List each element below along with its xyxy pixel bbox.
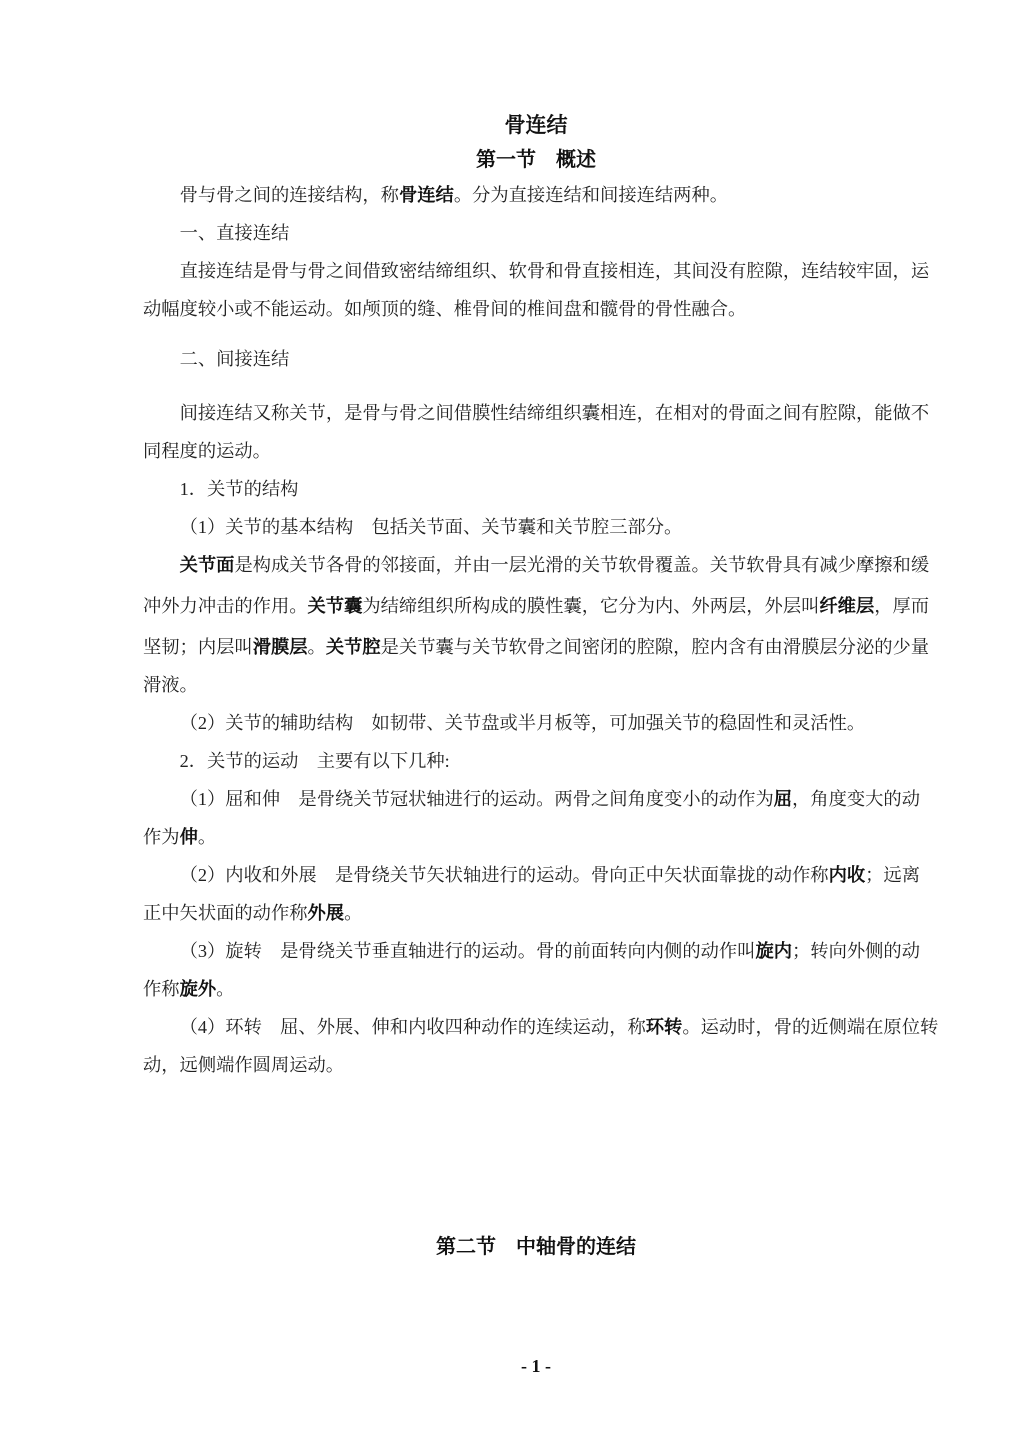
- text-segment: （3）旋转 是骨绕关节垂直轴进行的运动。骨的前面转向内侧的动作叫: [180, 941, 756, 961]
- text-segment: （2）关节的辅助结构 如韧带、关节盘或半月板等，可加强关节的稳固性和灵活性。: [180, 713, 866, 733]
- text-line: （1）屈和伸 是骨绕关节冠状轴进行的运动。两骨之间角度变小的动作为屈，角度变大的…: [143, 780, 929, 818]
- text-block: 骨连结 第一节 概述 骨与骨之间的连接结构，称骨连结。分为直接连结和间接连结两种…: [143, 0, 929, 1378]
- text-segment: 是关节囊与关节软骨之间密闭的腔隙，腔内含有由滑膜层分泌的少量: [381, 637, 929, 657]
- text-line: （2）关节的辅助结构 如韧带、关节盘或半月板等，可加强关节的稳固性和灵活性。: [143, 704, 929, 742]
- bold-term: 关节面: [180, 555, 235, 575]
- text-line: 作称旋外。: [143, 970, 929, 1008]
- text-segment: 。: [308, 637, 326, 657]
- bold-term: 纤维层: [819, 596, 874, 616]
- text-segment: 。: [216, 979, 234, 999]
- bold-term: 旋内: [755, 941, 792, 961]
- text-segment: 1．关节的结构: [180, 479, 299, 499]
- text-segment: 二、间接连结: [180, 349, 290, 369]
- text-segment: 冲外力冲击的作用。: [143, 596, 308, 616]
- text-line: （1）关节的基本结构 包括关节面、关节囊和关节腔三部分。: [143, 508, 929, 546]
- text-line: 一、直接连结: [143, 214, 929, 252]
- bold-term: 环转: [646, 1017, 683, 1037]
- text-line: 作为伸。: [143, 818, 929, 856]
- document-page: 骨连结 第一节 概述 骨与骨之间的连接结构，称骨连结。分为直接连结和间接连结两种…: [0, 0, 1024, 1450]
- text-segment: 。: [198, 827, 216, 847]
- text-segment: 坚韧；内层叫: [143, 637, 253, 657]
- text-segment: 动幅度较小或不能运动。如颅顶的缝、椎骨间的椎间盘和髋骨的骨性融合。: [143, 299, 746, 319]
- text-line: 骨与骨之间的连接结构，称骨连结。分为直接连结和间接连结两种。: [143, 176, 929, 214]
- bold-term: 关节腔: [326, 637, 381, 657]
- text-line: 2．关节的运动 主要有以下几种:: [143, 742, 929, 780]
- text-line: 坚韧；内层叫滑膜层。关节腔是关节囊与关节软骨之间密闭的腔隙，腔内含有由滑膜层分泌…: [143, 628, 929, 666]
- body-lines: 骨与骨之间的连接结构，称骨连结。分为直接连结和间接连结两种。一、直接连结直接连结…: [143, 176, 929, 1084]
- text-segment: 作为: [143, 827, 180, 847]
- text-line: 同程度的运动。: [143, 432, 929, 470]
- document-title: 骨连结: [143, 113, 929, 137]
- text-segment: 正中矢状面的动作称: [143, 903, 308, 923]
- text-line: （2）内收和外展 是骨绕关节矢状轴进行的运动。骨向正中矢状面靠拢的动作称内收；远…: [143, 856, 929, 894]
- bold-term: 旋外: [180, 979, 217, 999]
- text-line: 直接连结是骨与骨之间借致密结缔组织、软骨和骨直接相连，其间没有腔隙，连结较牢固，…: [143, 252, 929, 290]
- bold-term: 屈: [774, 789, 792, 809]
- text-segment: 滑液。: [143, 675, 198, 695]
- text-segment: 作称: [143, 979, 180, 999]
- text-segment: 间接连结又称关节，是骨与骨之间借膜性结缔组织囊相连，在相对的骨面之间有腔隙，能做…: [180, 403, 930, 423]
- text-line: 动，远侧端作圆周运动。: [143, 1046, 929, 1084]
- text-segment: 。运动时，骨的近侧端在原位转: [682, 1017, 938, 1037]
- text-segment: ，厚而: [874, 596, 929, 616]
- text-line: （3）旋转 是骨绕关节垂直轴进行的运动。骨的前面转向内侧的动作叫旋内；转向外侧的…: [143, 932, 929, 970]
- text-line: 滑液。: [143, 666, 929, 704]
- text-line: 二、间接连结: [143, 340, 929, 378]
- text-line: 1．关节的结构: [143, 470, 929, 508]
- text-segment: （1）屈和伸 是骨绕关节冠状轴进行的运动。两骨之间角度变小的动作为: [180, 789, 774, 809]
- text-segment: 2．关节的运动 主要有以下几种:: [180, 751, 450, 771]
- text-segment: ；远离: [865, 865, 920, 885]
- bold-term: 滑膜层: [253, 637, 308, 657]
- text-segment: ；转向外侧的动: [792, 941, 920, 961]
- text-segment: 直接连结是骨与骨之间借致密结缔组织、软骨和骨直接相连，其间没有腔隙，连结较牢固，…: [180, 261, 930, 281]
- section-1-heading: 第一节 概述: [143, 148, 929, 172]
- text-line: 间接连结又称关节，是骨与骨之间借膜性结缔组织囊相连，在相对的骨面之间有腔隙，能做…: [143, 394, 929, 432]
- text-line: 关节面是构成关节各骨的邻接面，并由一层光滑的关节软骨覆盖。关节软骨具有减少摩擦和…: [143, 546, 929, 584]
- text-line: （4）环转 屈、外展、伸和内收四种动作的连续运动，称环转。运动时，骨的近侧端在原…: [143, 1008, 929, 1046]
- text-segment: 骨与骨之间的连接结构，称: [180, 185, 399, 205]
- text-segment: 同程度的运动。: [143, 441, 271, 461]
- bold-term: 伸: [180, 827, 198, 847]
- bold-term: 外展: [308, 903, 345, 923]
- text-segment: （4）环转 屈、外展、伸和内收四种动作的连续运动，称: [180, 1017, 646, 1037]
- bold-term: 关节囊: [308, 596, 363, 616]
- text-segment: （1）关节的基本结构 包括关节面、关节囊和关节腔三部分。: [180, 517, 683, 537]
- text-segment: 。: [344, 903, 362, 923]
- text-segment: ，角度变大的动: [792, 789, 920, 809]
- page-number: - 1 -: [143, 1354, 929, 1378]
- text-line: 动幅度较小或不能运动。如颅顶的缝、椎骨间的椎间盘和髋骨的骨性融合。: [143, 290, 929, 328]
- text-segment: 。分为直接连结和间接连结两种。: [454, 185, 728, 205]
- text-line: 冲外力冲击的作用。关节囊为结缔组织所构成的膜性囊，它分为内、外两层，外层叫纤维层…: [143, 587, 929, 625]
- text-segment: 是构成关节各骨的邻接面，并由一层光滑的关节软骨覆盖。关节软骨具有减少摩擦和缓: [234, 555, 929, 575]
- text-segment: 动，远侧端作圆周运动。: [143, 1055, 344, 1075]
- section-2-heading: 第二节 中轴骨的连结: [143, 1235, 929, 1259]
- bold-term: 内收: [829, 865, 866, 885]
- text-segment: 为结缔组织所构成的膜性囊，它分为内、外两层，外层叫: [362, 596, 819, 616]
- text-segment: （2）内收和外展 是骨绕关节矢状轴进行的运动。骨向正中矢状面靠拢的动作称: [180, 865, 829, 885]
- bold-term: 骨连结: [399, 185, 454, 205]
- text-segment: 一、直接连结: [180, 223, 290, 243]
- text-line: 正中矢状面的动作称外展。: [143, 894, 929, 932]
